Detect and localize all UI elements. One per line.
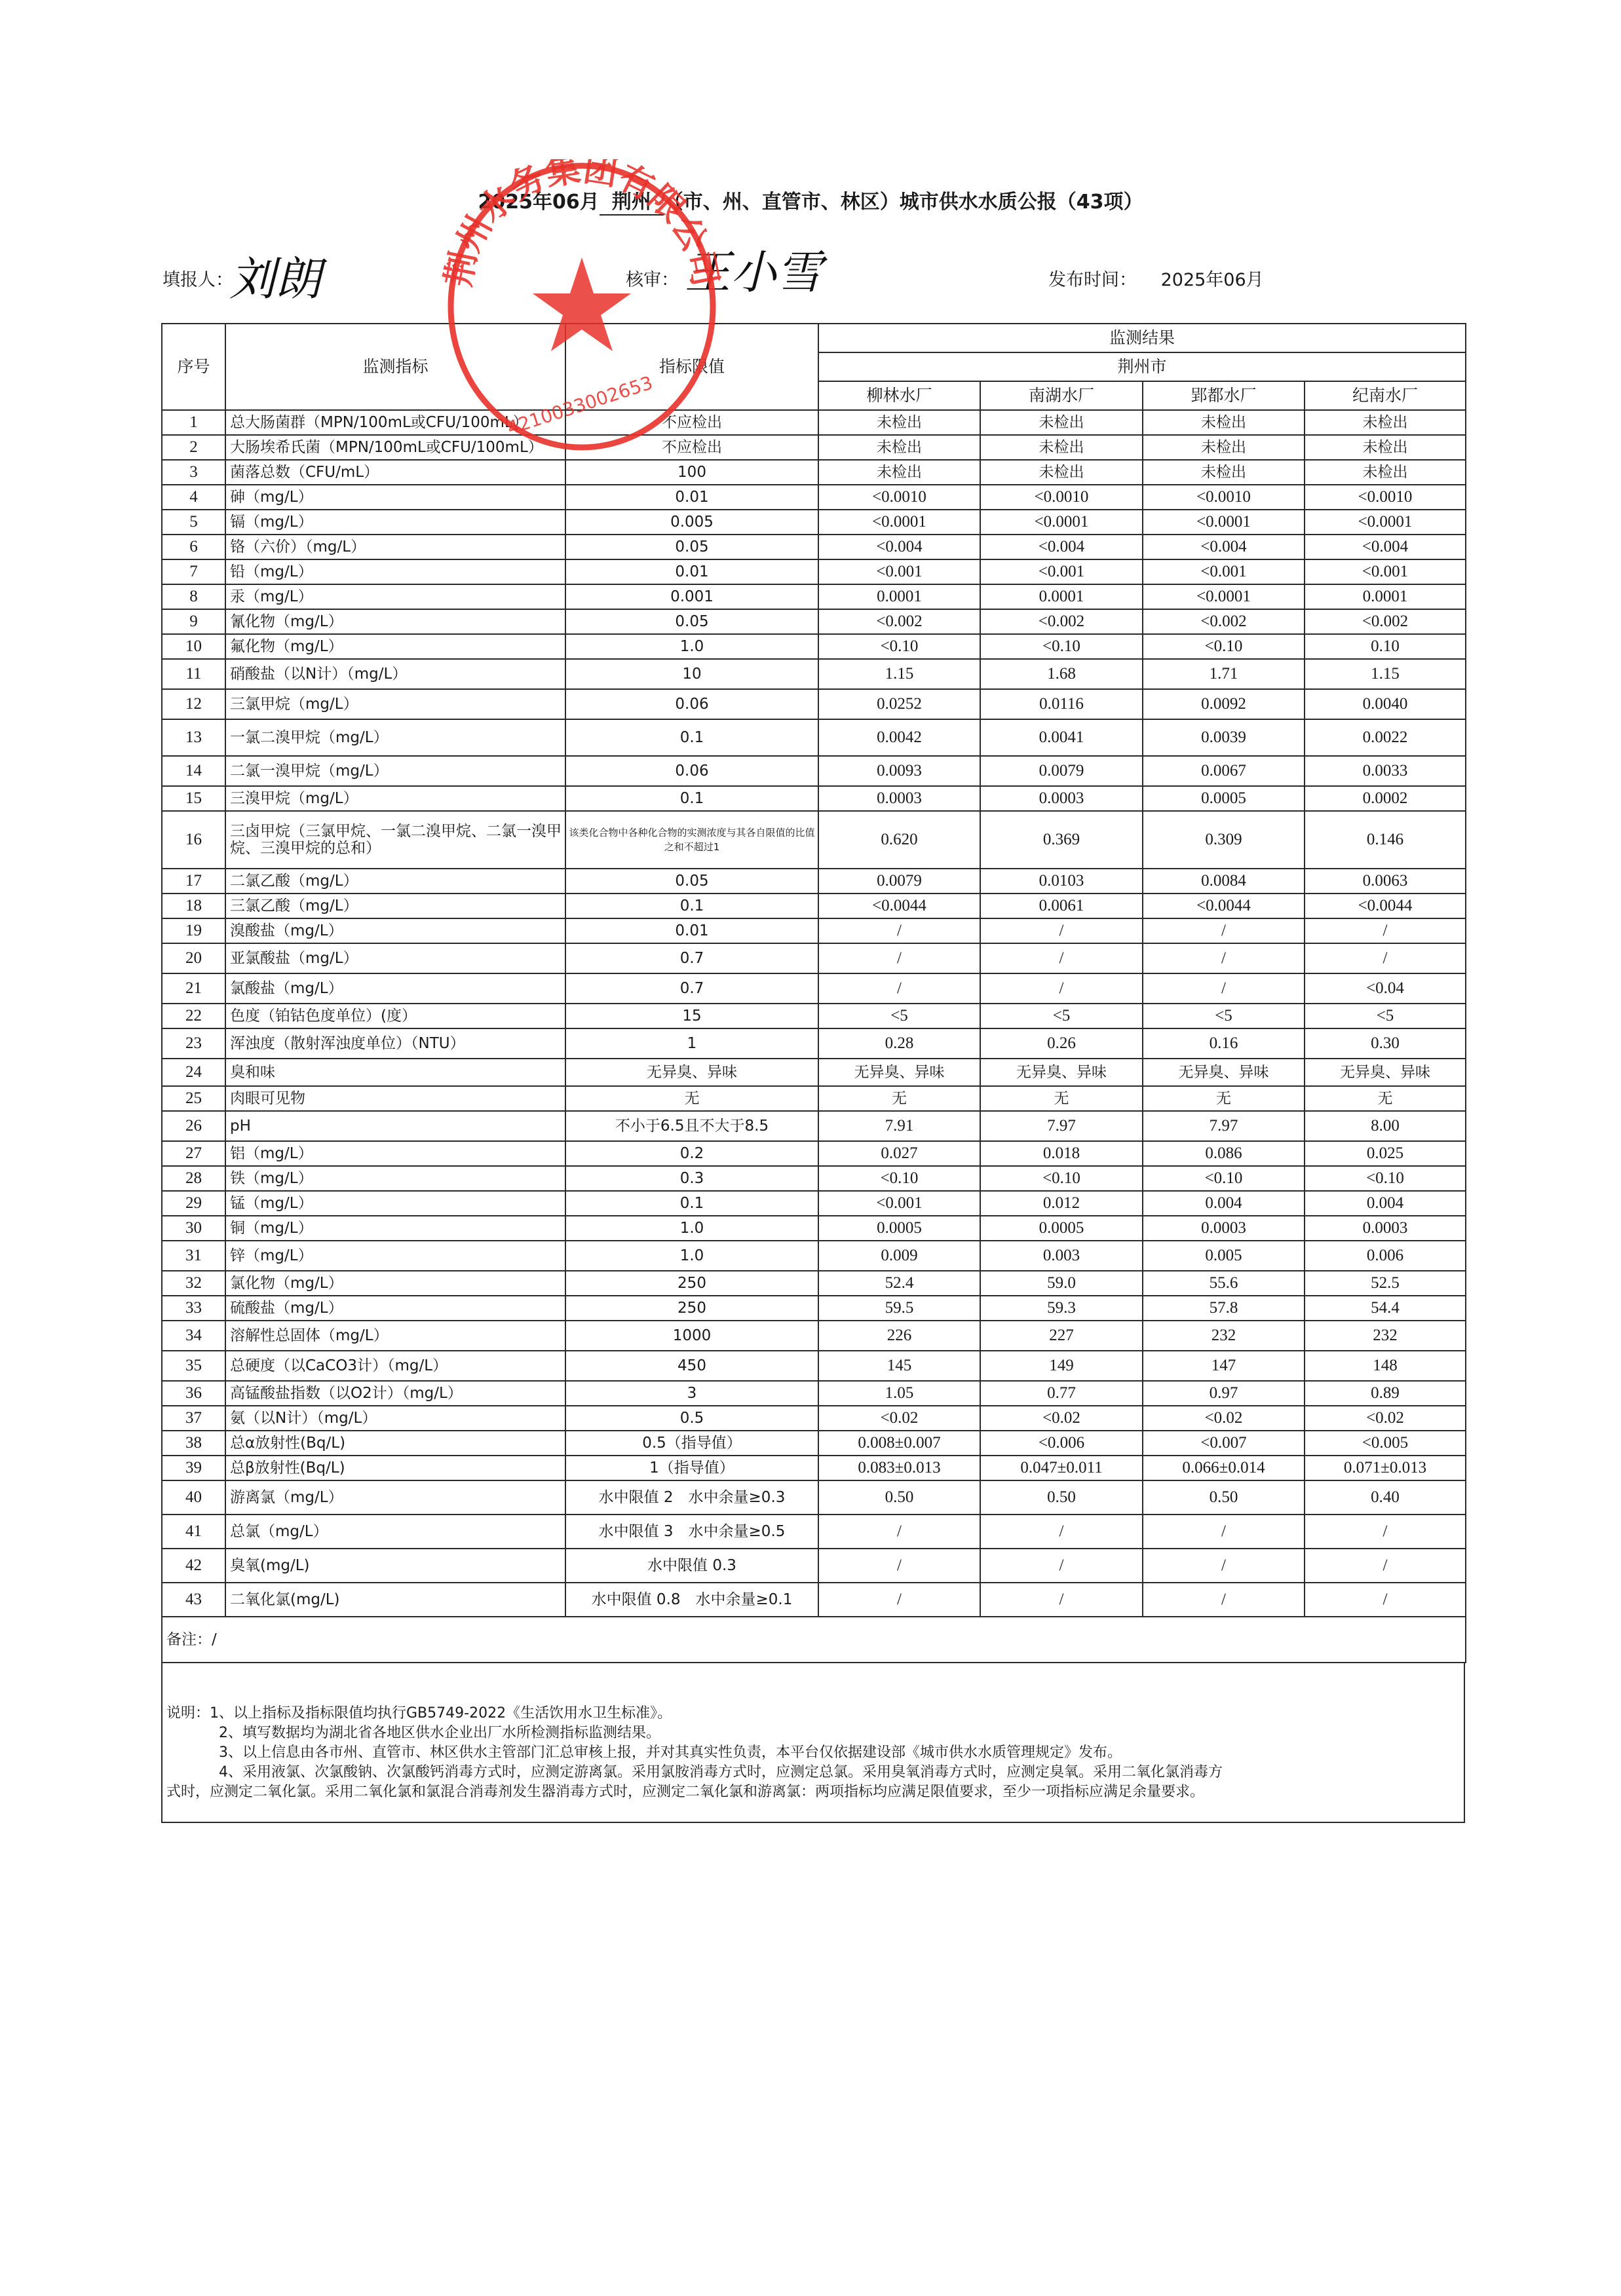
- table-row: 18三氯乙酸（mg/L）0.1<0.00440.0061<0.0044<0.00…: [162, 894, 1466, 918]
- result-value: 7.97: [1143, 1111, 1305, 1141]
- table-row: 10氟化物（mg/L）1.0<0.10<0.10<0.100.10: [162, 634, 1466, 659]
- row-number: 36: [162, 1381, 225, 1406]
- limit-value: 不小于6.5且不大于8.5: [565, 1111, 818, 1141]
- row-number: 12: [162, 689, 225, 719]
- result-value: 0.146: [1305, 811, 1466, 869]
- filler-label: 填报人：: [162, 270, 233, 290]
- publish-date: 2025年06月: [1161, 270, 1264, 290]
- table-row: 22色度（铂钴色度单位）(度）15<5<5<5<5: [162, 1004, 1466, 1028]
- reviewer-label: 核审：: [626, 270, 679, 290]
- limit-value: 0.01: [565, 485, 818, 510]
- result-value: 未检出: [818, 410, 980, 435]
- result-value: <0.006: [980, 1431, 1143, 1456]
- row-number: 10: [162, 634, 225, 659]
- filler: 填报人：: [162, 265, 233, 291]
- table-row: 17二氯乙酸（mg/L）0.050.00790.01030.00840.0063: [162, 869, 1466, 894]
- result-value: 0.0003: [1305, 1216, 1466, 1241]
- result-value: <0.10: [818, 634, 980, 659]
- row-number: 39: [162, 1456, 225, 1480]
- result-value: 0.0103: [980, 869, 1143, 894]
- result-value: 0.50: [1143, 1480, 1305, 1515]
- indicator-name: 游离氯（mg/L）: [225, 1480, 565, 1515]
- result-value: <0.02: [1143, 1406, 1305, 1431]
- row-number: 32: [162, 1271, 225, 1296]
- result-value: <0.0044: [818, 894, 980, 918]
- table-row: 30铜（mg/L）1.00.00050.00050.00030.0003: [162, 1216, 1466, 1241]
- table-row: 31锌（mg/L）1.00.0090.0030.0050.006: [162, 1241, 1466, 1271]
- row-number: 21: [162, 973, 225, 1004]
- table-row: 1总大肠菌群（MPN/100mL或CFU/100mL）不应检出未检出未检出未检出…: [162, 410, 1466, 435]
- result-value: <0.001: [980, 559, 1143, 584]
- indicator-name: 硝酸盐（以N计）（mg/L）: [225, 659, 565, 689]
- header-indicator: 监测指标: [225, 324, 565, 410]
- row-number: 31: [162, 1241, 225, 1271]
- limit-value: 1.0: [565, 634, 818, 659]
- indicator-name: 氰化物（mg/L）: [225, 609, 565, 634]
- row-number: 19: [162, 918, 225, 943]
- limit-value: 0.7: [565, 943, 818, 973]
- limit-value: 250: [565, 1296, 818, 1321]
- indicator-name: 氨（以N计）（mg/L）: [225, 1406, 565, 1431]
- table-row: 41总氯（mg/L）水中限值 3 水中余量≥0.5////: [162, 1515, 1466, 1549]
- result-value: <0.0001: [1143, 510, 1305, 535]
- indicator-name: 三卤甲烷（三氯甲烷、一氯二溴甲烷、二氯一溴甲烷、三溴甲烷的总和）: [225, 811, 565, 869]
- result-value: <0.10: [1143, 634, 1305, 659]
- limit-value: 水中限值 3 水中余量≥0.5: [565, 1515, 818, 1549]
- indicator-name: 锌（mg/L）: [225, 1241, 565, 1271]
- table-row: 12三氯甲烷（mg/L）0.060.02520.01160.00920.0040: [162, 689, 1466, 719]
- result-value: 无: [1143, 1086, 1305, 1111]
- result-value: /: [1143, 943, 1305, 973]
- result-value: <0.0044: [1143, 894, 1305, 918]
- table-row: 32氯化物（mg/L）25052.459.055.652.5: [162, 1271, 1466, 1296]
- result-value: 0.0003: [980, 786, 1143, 811]
- result-value: <0.02: [818, 1406, 980, 1431]
- table-row: 2大肠埃希氏菌（MPN/100mL或CFU/100mL）不应检出未检出未检出未检…: [162, 435, 1466, 460]
- indicator-name: 肉眼可见物: [225, 1086, 565, 1111]
- result-value: 0.369: [980, 811, 1143, 869]
- result-value: 未检出: [1305, 460, 1466, 485]
- result-value: 0.0041: [980, 719, 1143, 756]
- result-value: 0.047±0.011: [980, 1456, 1143, 1480]
- row-number: 40: [162, 1480, 225, 1515]
- limit-value: 0.1: [565, 786, 818, 811]
- indicator-name: 溶解性总固体（mg/L）: [225, 1321, 565, 1351]
- result-value: 0.0079: [980, 756, 1143, 786]
- result-value: 未检出: [1143, 460, 1305, 485]
- result-value: 未检出: [1305, 410, 1466, 435]
- limit-value: 1.0: [565, 1241, 818, 1271]
- result-value: 0.004: [1305, 1191, 1466, 1216]
- result-value: 59.3: [980, 1296, 1143, 1321]
- indicator-name: 总β放射性(Bq/L): [225, 1456, 565, 1480]
- limit-value: 不应检出: [565, 410, 818, 435]
- table-row: 43二氧化氯(mg/L)水中限值 0.8 水中余量≥0.1////: [162, 1583, 1466, 1617]
- result-value: 0.0252: [818, 689, 980, 719]
- result-value: /: [818, 1515, 980, 1549]
- table-row: 15三溴甲烷（mg/L）0.10.00030.00030.00050.0002: [162, 786, 1466, 811]
- table-row: 38总α放射性(Bq/L)0.5（指导值）0.008±0.007<0.006<0…: [162, 1431, 1466, 1456]
- indicator-name: 二氯一溴甲烷（mg/L）: [225, 756, 565, 786]
- row-number: 7: [162, 559, 225, 584]
- note-item: 1、以上指标及指标限值均执行GB5749-2022《生活饮用水卫生标准》。: [210, 1705, 672, 1722]
- row-number: 11: [162, 659, 225, 689]
- result-value: 无: [980, 1086, 1143, 1111]
- result-value: 0.0001: [980, 584, 1143, 609]
- indicator-name: 臭和味: [225, 1059, 565, 1086]
- limit-value: 无异臭、异味: [565, 1059, 818, 1086]
- indicator-name: 总α放射性(Bq/L): [225, 1431, 565, 1456]
- table-row: 13一氯二溴甲烷（mg/L）0.10.00420.00410.00390.002…: [162, 719, 1466, 756]
- indicator-name: 锰（mg/L）: [225, 1191, 565, 1216]
- result-value: /: [818, 973, 980, 1004]
- table-row: 36高锰酸盐指数（以O2计）（mg/L）31.050.770.970.89: [162, 1381, 1466, 1406]
- row-number: 18: [162, 894, 225, 918]
- result-value: <5: [1143, 1004, 1305, 1028]
- indicator-name: 铝（mg/L）: [225, 1141, 565, 1166]
- indicator-name: 三氯乙酸（mg/L）: [225, 894, 565, 918]
- result-value: <0.007: [1143, 1431, 1305, 1456]
- row-number: 35: [162, 1351, 225, 1381]
- result-value: /: [980, 918, 1143, 943]
- result-value: 0.083±0.013: [818, 1456, 980, 1480]
- result-value: /: [818, 918, 980, 943]
- result-value: <5: [980, 1004, 1143, 1028]
- note-item: 3、以上信息由各市州、直管市、林区供水主管部门汇总审核上报，并对其真实性负责，本…: [166, 1743, 1460, 1763]
- result-value: 0.89: [1305, 1381, 1466, 1406]
- row-number: 34: [162, 1321, 225, 1351]
- indicator-name: 大肠埃希氏菌（MPN/100mL或CFU/100mL）: [225, 435, 565, 460]
- result-value: 0.309: [1143, 811, 1305, 869]
- indicator-name: 总大肠菌群（MPN/100mL或CFU/100mL）: [225, 410, 565, 435]
- result-value: 8.00: [1305, 1111, 1466, 1141]
- indicator-name: 铬（六价）（mg/L）: [225, 535, 565, 559]
- table-row: 6铬（六价）（mg/L）0.05<0.004<0.004<0.004<0.004: [162, 535, 1466, 559]
- result-value: <0.0010: [1305, 485, 1466, 510]
- limit-value: 250: [565, 1271, 818, 1296]
- result-value: /: [1305, 1515, 1466, 1549]
- result-value: <0.002: [980, 609, 1143, 634]
- limit-value: 0.1: [565, 1191, 818, 1216]
- row-number: 37: [162, 1406, 225, 1431]
- table-row: 39总β放射性(Bq/L)1（指导值）0.083±0.0130.047±0.01…: [162, 1456, 1466, 1480]
- result-value: 0.0033: [1305, 756, 1466, 786]
- result-value: 未检出: [980, 435, 1143, 460]
- table-row: 37氨（以N计）（mg/L）0.5<0.02<0.02<0.02<0.02: [162, 1406, 1466, 1431]
- result-value: /: [1143, 1549, 1305, 1583]
- limit-value: 0.06: [565, 756, 818, 786]
- result-value: 0.027: [818, 1141, 980, 1166]
- table-row: 26pH不小于6.5且不大于8.57.917.977.978.00: [162, 1111, 1466, 1141]
- result-value: <0.002: [1305, 609, 1466, 634]
- indicator-name: 亚氯酸盐（mg/L）: [225, 943, 565, 973]
- result-value: 0.0092: [1143, 689, 1305, 719]
- result-value: /: [1143, 1583, 1305, 1617]
- result-value: 0.006: [1305, 1241, 1466, 1271]
- limit-value: 0.05: [565, 609, 818, 634]
- limit-value: 0.7: [565, 973, 818, 1004]
- result-value: 52.4: [818, 1271, 980, 1296]
- remark: 备注：/: [162, 1617, 1466, 1663]
- result-value: 0.003: [980, 1241, 1143, 1271]
- result-value: 无: [818, 1086, 980, 1111]
- result-value: 0.0005: [1143, 786, 1305, 811]
- result-value: 232: [1305, 1321, 1466, 1351]
- title-suffix: （市、州、直管市、林区）城市供水水质公报（43项）: [664, 191, 1143, 214]
- result-value: <0.02: [1305, 1406, 1466, 1431]
- result-value: 0.0005: [980, 1216, 1143, 1241]
- indicator-name: pH: [225, 1111, 565, 1141]
- limit-value: 0.1: [565, 719, 818, 756]
- result-value: 148: [1305, 1351, 1466, 1381]
- result-value: <0.10: [1305, 1166, 1466, 1191]
- result-value: 145: [818, 1351, 980, 1381]
- indicator-name: 氯化物（mg/L）: [225, 1271, 565, 1296]
- table-row: 5镉（mg/L）0.005<0.0001<0.0001<0.0001<0.000…: [162, 510, 1466, 535]
- result-value: 0.0001: [1305, 584, 1466, 609]
- row-number: 13: [162, 719, 225, 756]
- result-value: 未检出: [980, 410, 1143, 435]
- row-number: 9: [162, 609, 225, 634]
- result-value: 0.009: [818, 1241, 980, 1271]
- result-value: 52.5: [1305, 1271, 1466, 1296]
- result-value: 0.086: [1143, 1141, 1305, 1166]
- limit-value: 该类化合物中各种化合物的实测浓度与其各自限值的比值之和不超过1: [565, 811, 818, 869]
- result-value: /: [1305, 1549, 1466, 1583]
- reviewer-signature: 王小雪: [685, 236, 822, 302]
- table-row: 23浑浊度（散射浑浊度单位）（NTU）10.280.260.160.30: [162, 1028, 1466, 1059]
- header-results: 监测结果: [818, 324, 1466, 352]
- row-number: 38: [162, 1431, 225, 1456]
- result-value: <0.001: [1305, 559, 1466, 584]
- result-value: 7.97: [980, 1111, 1143, 1141]
- result-value: 未检出: [1143, 410, 1305, 435]
- result-value: /: [1143, 1515, 1305, 1549]
- row-number: 30: [162, 1216, 225, 1241]
- result-value: 0.50: [980, 1480, 1143, 1515]
- limit-value: 水中限值 0.8 水中余量≥0.1: [565, 1583, 818, 1617]
- result-value: <0.001: [1143, 559, 1305, 584]
- title-prefix: 2025年06月: [478, 191, 600, 214]
- result-value: 0.0061: [980, 894, 1143, 918]
- row-number: 24: [162, 1059, 225, 1086]
- note-item: 2、填写数据均为湖北省各地区供水企业出厂水所检测指标监测结果。: [166, 1723, 1460, 1743]
- result-value: <0.0001: [818, 510, 980, 535]
- indicator-name: 总硬度（以CaCO3计）（mg/L）: [225, 1351, 565, 1381]
- filler-signature: 刘朗: [229, 242, 321, 309]
- indicator-name: 三氯甲烷（mg/L）: [225, 689, 565, 719]
- result-value: <0.10: [1143, 1166, 1305, 1191]
- result-value: /: [980, 1515, 1143, 1549]
- row-number: 25: [162, 1086, 225, 1111]
- result-value: 0.008±0.007: [818, 1431, 980, 1456]
- limit-value: 无: [565, 1086, 818, 1111]
- row-number: 3: [162, 460, 225, 485]
- result-value: 0.066±0.014: [1143, 1456, 1305, 1480]
- header-plant: 柳林水厂: [818, 381, 980, 410]
- result-value: <0.10: [980, 634, 1143, 659]
- remark-row: 备注：/: [162, 1617, 1466, 1663]
- indicator-name: 氟化物（mg/L）: [225, 634, 565, 659]
- result-value: 无异臭、异味: [1305, 1059, 1466, 1086]
- limit-value: 0.001: [565, 584, 818, 609]
- table-row: 27铝（mg/L）0.20.0270.0180.0860.025: [162, 1141, 1466, 1166]
- limit-value: 0.3: [565, 1166, 818, 1191]
- note-item: 4、采用液氯、次氯酸钠、次氯酸钙消毒方式时，应测定游离氯。采用氯胺消毒方式时，应…: [166, 1763, 1460, 1782]
- result-value: <0.10: [818, 1166, 980, 1191]
- indicator-name: 浑浊度（散射浑浊度单位）（NTU）: [225, 1028, 565, 1059]
- row-number: 15: [162, 786, 225, 811]
- limit-value: 0.05: [565, 869, 818, 894]
- result-value: 232: [1143, 1321, 1305, 1351]
- row-number: 33: [162, 1296, 225, 1321]
- result-value: 0.0093: [818, 756, 980, 786]
- result-value: 0.0022: [1305, 719, 1466, 756]
- publish-time: 发布时间： 2025年06月: [1048, 265, 1264, 291]
- table-row: 19溴酸盐（mg/L）0.01////: [162, 918, 1466, 943]
- result-value: <0.004: [1305, 535, 1466, 559]
- row-number: 6: [162, 535, 225, 559]
- result-value: 59.0: [980, 1271, 1143, 1296]
- limit-value: 0.01: [565, 918, 818, 943]
- result-value: <5: [1305, 1004, 1466, 1028]
- result-value: 0.004: [1143, 1191, 1305, 1216]
- result-value: 0.50: [818, 1480, 980, 1515]
- result-value: /: [1143, 973, 1305, 1004]
- result-value: 0.0042: [818, 719, 980, 756]
- result-value: 0.0005: [818, 1216, 980, 1241]
- result-value: 0.0001: [818, 584, 980, 609]
- result-value: <0.02: [980, 1406, 1143, 1431]
- limit-value: 1.0: [565, 1216, 818, 1241]
- header-no: 序号: [162, 324, 225, 410]
- indicator-name: 总氯（mg/L）: [225, 1515, 565, 1549]
- result-value: <0.0010: [818, 485, 980, 510]
- limit-value: 水中限值 0.3: [565, 1549, 818, 1583]
- row-number: 2: [162, 435, 225, 460]
- table-row: 40游离氯（mg/L）水中限值 2 水中余量≥0.30.500.500.500.…: [162, 1480, 1466, 1515]
- result-value: <0.0010: [1143, 485, 1305, 510]
- row-number: 42: [162, 1549, 225, 1583]
- header-city: 荆州市: [818, 352, 1466, 381]
- limit-value: 0.5: [565, 1406, 818, 1431]
- limit-value: 0.1: [565, 894, 818, 918]
- limit-value: 1（指导值）: [565, 1456, 818, 1480]
- result-value: <0.001: [818, 559, 980, 584]
- limit-value: 不应检出: [565, 435, 818, 460]
- table-row: 7铅（mg/L）0.01<0.001<0.001<0.001<0.001: [162, 559, 1466, 584]
- table-row: 4砷（mg/L）0.01<0.0010<0.0010<0.0010<0.0010: [162, 485, 1466, 510]
- result-value: 0.16: [1143, 1028, 1305, 1059]
- result-value: 226: [818, 1321, 980, 1351]
- result-value: 0.0063: [1305, 869, 1466, 894]
- table-row: 3菌落总数（CFU/mL）100未检出未检出未检出未检出: [162, 460, 1466, 485]
- result-value: 0.77: [980, 1381, 1143, 1406]
- limit-value: 1000: [565, 1321, 818, 1351]
- result-value: <0.0001: [1143, 584, 1305, 609]
- result-value: <0.0001: [980, 510, 1143, 535]
- result-value: /: [818, 1549, 980, 1583]
- result-value: 无异臭、异味: [1143, 1059, 1305, 1086]
- row-number: 22: [162, 1004, 225, 1028]
- indicator-name: 臭氧(mg/L): [225, 1549, 565, 1583]
- svg-text:荆州水务集团有限公司: 荆州水务集团有限公司: [439, 159, 725, 290]
- result-value: 7.91: [818, 1111, 980, 1141]
- result-value: 57.8: [1143, 1296, 1305, 1321]
- table-row: 29锰（mg/L）0.1<0.0010.0120.0040.004: [162, 1191, 1466, 1216]
- result-value: 0.0003: [818, 786, 980, 811]
- result-value: /: [980, 973, 1143, 1004]
- limit-value: 0.2: [565, 1141, 818, 1166]
- result-value: 59.5: [818, 1296, 980, 1321]
- indicator-name: 铅（mg/L）: [225, 559, 565, 584]
- result-value: /: [1143, 918, 1305, 943]
- row-number: 23: [162, 1028, 225, 1059]
- limit-value: 1: [565, 1028, 818, 1059]
- result-value: 1.15: [1305, 659, 1466, 689]
- result-value: 0.025: [1305, 1141, 1466, 1166]
- limit-value: 100: [565, 460, 818, 485]
- result-value: /: [1305, 943, 1466, 973]
- header-plant: 南湖水厂: [980, 381, 1143, 410]
- result-value: <0.002: [818, 609, 980, 634]
- limit-value: 0.06: [565, 689, 818, 719]
- indicator-name: 一氯二溴甲烷（mg/L）: [225, 719, 565, 756]
- result-value: 227: [980, 1321, 1143, 1351]
- result-value: 无: [1305, 1086, 1466, 1111]
- result-value: 0.018: [980, 1141, 1143, 1166]
- result-value: 149: [980, 1351, 1143, 1381]
- limit-value: 0.05: [565, 535, 818, 559]
- result-value: 55.6: [1143, 1271, 1305, 1296]
- result-value: 0.0067: [1143, 756, 1305, 786]
- indicator-name: 溴酸盐（mg/L）: [225, 918, 565, 943]
- indicator-name: 镉（mg/L）: [225, 510, 565, 535]
- result-value: 0.0084: [1143, 869, 1305, 894]
- table-row: 33硫酸盐（mg/L）25059.559.357.854.4: [162, 1296, 1466, 1321]
- row-number: 29: [162, 1191, 225, 1216]
- result-value: /: [818, 1583, 980, 1617]
- table-row: 20亚氯酸盐（mg/L）0.7////: [162, 943, 1466, 973]
- result-value: <0.004: [818, 535, 980, 559]
- limit-value: 3: [565, 1381, 818, 1406]
- result-value: <0.0010: [980, 485, 1143, 510]
- indicator-name: 氯酸盐（mg/L）: [225, 973, 565, 1004]
- indicator-name: 菌落总数（CFU/mL）: [225, 460, 565, 485]
- row-number: 27: [162, 1141, 225, 1166]
- result-value: 0.0039: [1143, 719, 1305, 756]
- row-number: 16: [162, 811, 225, 869]
- indicator-name: 二氯乙酸（mg/L）: [225, 869, 565, 894]
- result-value: /: [1305, 918, 1466, 943]
- header-limit: 指标限值: [565, 324, 818, 410]
- table-row: 8汞（mg/L）0.0010.00010.0001<0.00010.0001: [162, 584, 1466, 609]
- result-value: 1.71: [1143, 659, 1305, 689]
- result-value: 0.10: [1305, 634, 1466, 659]
- table-row: 21氯酸盐（mg/L）0.7///<0.04: [162, 973, 1466, 1004]
- indicator-name: 汞（mg/L）: [225, 584, 565, 609]
- result-value: 0.30: [1305, 1028, 1466, 1059]
- indicator-name: 高锰酸盐指数（以O2计）（mg/L）: [225, 1381, 565, 1406]
- result-value: 0.0002: [1305, 786, 1466, 811]
- row-number: 20: [162, 943, 225, 973]
- result-value: 0.97: [1143, 1381, 1305, 1406]
- result-value: 未检出: [818, 460, 980, 485]
- indicator-name: 铜（mg/L）: [225, 1216, 565, 1241]
- table-row: 28铁（mg/L）0.3<0.10<0.10<0.10<0.10: [162, 1166, 1466, 1191]
- result-value: 未检出: [1305, 435, 1466, 460]
- table-row: 9氰化物（mg/L）0.05<0.002<0.002<0.002<0.002: [162, 609, 1466, 634]
